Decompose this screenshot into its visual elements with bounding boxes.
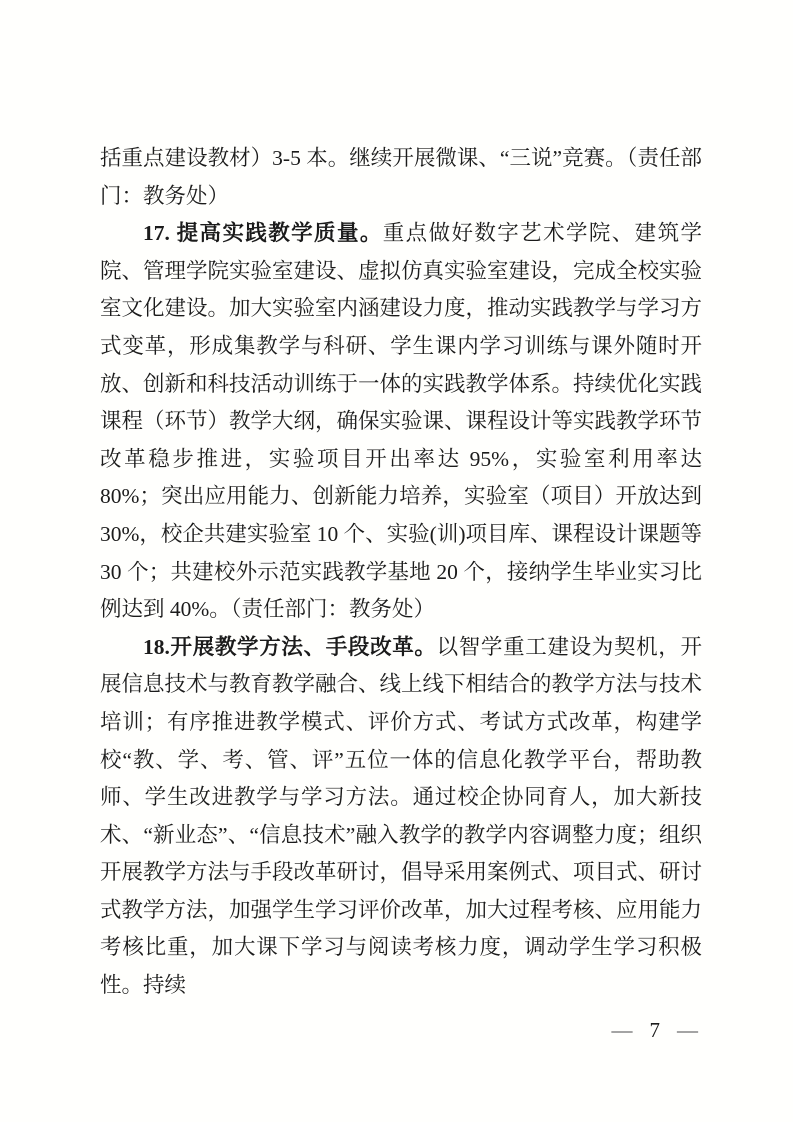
item-17-heading: 17. 提高实践教学质量。: [143, 221, 383, 245]
paragraph-continuation: 括重点建设教材）3-5 本。继续开展微课、“三说”竞赛。（责任部门：教务处）: [100, 140, 702, 215]
item-18-heading: 18.开展教学方法、手段改革。: [143, 635, 437, 659]
responsibility-note: （责任部门：教务处）: [231, 597, 435, 621]
item-17-body-text: 重点做好数字艺术学院、建筑学院、管理学院实验室建设、虚拟仿真实验室建设，完成全校…: [100, 221, 702, 621]
footer-dash-right: —: [677, 1018, 698, 1043]
document-body: 括重点建设教材）3-5 本。继续开展微课、“三说”竞赛。（责任部门：教务处） 1…: [100, 140, 702, 1005]
document-page: 括重点建设教材）3-5 本。继续开展微课、“三说”竞赛。（责任部门：教务处） 1…: [0, 0, 793, 1122]
page-number: 7: [650, 1018, 661, 1043]
paragraph-item-18: 18.开展教学方法、手段改革。以智学重工建设为契机，开展信息技术与教育教学融合、…: [100, 629, 702, 1005]
footer-dash-left: —: [612, 1018, 633, 1043]
paragraph-text: 括重点建设教材）3-5 本。继续开展微课、“三说”竞赛。: [100, 146, 627, 170]
item-18-body-text: 以智学重工建设为契机，开展信息技术与教育教学融合、线上线下相结合的教学方法与技术…: [100, 635, 702, 997]
paragraph-item-17: 17. 提高实践教学质量。重点做好数字艺术学院、建筑学院、管理学院实验室建设、虚…: [100, 215, 702, 629]
page-footer: — 7 —: [612, 1018, 699, 1043]
